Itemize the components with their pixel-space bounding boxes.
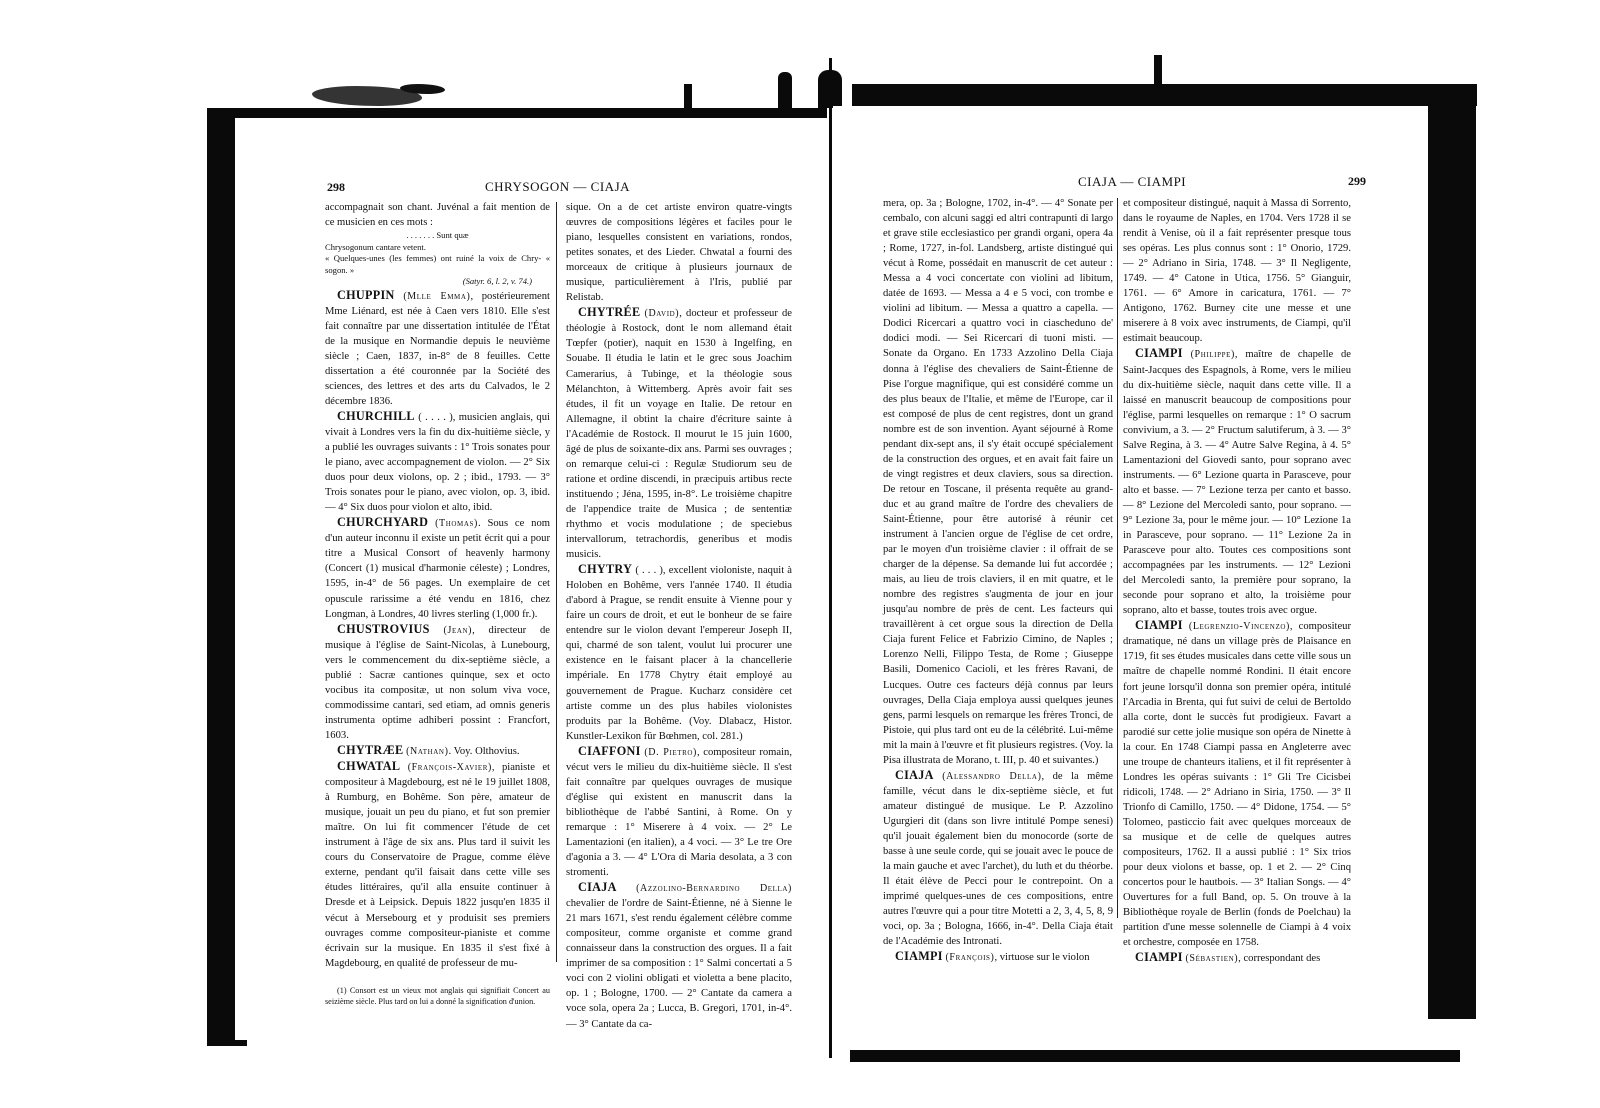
- entry-qualifier: ( . . . . ): [418, 412, 453, 423]
- entry-headword: CHWATAL: [337, 759, 400, 773]
- entry: CIAMPI (Sébastien), correspondant des: [1123, 950, 1351, 966]
- entry: CHUSTROVIUS (Jean), directeur de musique…: [325, 622, 550, 743]
- entry-text: , pianiste et compositeur à Magdebourg, …: [325, 762, 550, 969]
- gutter-mark-2: [778, 72, 792, 108]
- entry-qualifier: (François-Xavier): [408, 762, 492, 773]
- entry: CIAMPI (Philippe), maître de chapelle de…: [1123, 346, 1351, 618]
- entry-qualifier: (François): [946, 952, 995, 963]
- entry-headword: CIAFFONI: [578, 744, 641, 758]
- entry-text: , musicien anglais, qui vivait à Londres…: [325, 412, 550, 513]
- right-page-column-1: mera, op. 3a ; Bologne, 1702, in-4°. — 4…: [883, 196, 1113, 965]
- entry-text: , correspondant des: [1238, 953, 1320, 964]
- entry-qualifier: (Thomas): [435, 518, 478, 529]
- entry: CIAFFONI (D. Pietro), compositeur romain…: [566, 744, 792, 880]
- entry: CHYTRÉE (David), docteur et professeur d…: [566, 305, 792, 562]
- entry-headword: CIAMPI: [1135, 618, 1183, 632]
- entry-headword: CHYTRÉE: [578, 305, 640, 319]
- entry-headword: CHYTRY: [578, 562, 632, 576]
- entry-qualifier: (Philippe): [1191, 349, 1235, 360]
- entry-text: . Sous ce nom d'un auteur inconnu il exi…: [325, 518, 550, 619]
- entry: CIAJA (Alessandro Della), de la même fam…: [883, 768, 1113, 950]
- entry-headword: CHUSTROVIUS: [337, 622, 430, 636]
- entry-qualifier: (D. Pietro): [644, 747, 697, 758]
- entry-headword: CHURCHILL: [337, 409, 415, 423]
- entry: CIAJA (Azzolino-Bernardino Della) cheval…: [566, 880, 792, 1031]
- bottom-left-edge: [207, 1040, 247, 1046]
- column-rule: [1117, 198, 1118, 918]
- running-head: CHRYSOGON — CIAJA: [485, 179, 630, 195]
- gutter-mark-3: [818, 70, 842, 108]
- top-left-edge: [207, 108, 827, 118]
- scanned-book-spread: 298 CHRYSOGON — CIAJA accompagnait son c…: [0, 0, 1600, 1108]
- running-head: CIAJA — CIAMPI: [1078, 174, 1186, 190]
- footnote: (1) Consort est un vieux mot anglais qui…: [325, 985, 550, 1008]
- entry: CIAMPI (Legrenzio-Vincenzo), compositeur…: [1123, 618, 1351, 950]
- column-rule: [556, 202, 557, 962]
- entry-headword: CHURCHYARD: [337, 515, 428, 529]
- entry-qualifier: (Mlle Emma): [403, 291, 470, 302]
- entry-qualifier: ( . . . ): [635, 565, 663, 576]
- entry-headword: CIAJA: [895, 768, 934, 782]
- gutter-line: [829, 58, 832, 1058]
- gutter-mark-1: [684, 84, 692, 110]
- entry-qualifier: (Nathan): [406, 746, 448, 757]
- entry-text: , compositeur dramatique, né dans un vil…: [1123, 621, 1351, 948]
- entry-headword: CIAJA: [578, 880, 617, 894]
- column-text: sique. On a de cet artiste environ quatr…: [566, 200, 792, 305]
- entry-text: chevalier de l'ordre de Saint-Étienne, n…: [566, 898, 792, 1029]
- quote-line: . . . . . . . Sunt quæ: [325, 230, 550, 242]
- entry-text: , docteur et professeur de théologie à R…: [566, 308, 792, 560]
- entry-qualifier: (Legrenzio-Vincenzo): [1189, 621, 1290, 632]
- column-text: accompagnait son chant. Juvénal a fait m…: [325, 200, 550, 230]
- top-right-edge: [852, 84, 1477, 106]
- page-number: 299: [1348, 174, 1366, 189]
- entry-text: , maître de chapelle de Saint-Jacques de…: [1123, 349, 1351, 616]
- entry: CHWATAL (François-Xavier), pianiste et c…: [325, 759, 550, 971]
- entry-headword: CIAMPI: [1135, 346, 1183, 360]
- entry-text: , de la même famille, vécut dans le dix-…: [883, 771, 1113, 948]
- page-number: 298: [327, 180, 345, 195]
- entry-text: , compositeur romain, vécut vers le mili…: [566, 747, 792, 878]
- entry-qualifier: (Jean): [444, 625, 473, 636]
- entry-qualifier: (Sébastien): [1186, 953, 1239, 964]
- entry-text: , virtuose sur le violon: [994, 952, 1089, 963]
- right-page-column-2: et compositeur distingué, naquit à Massa…: [1123, 196, 1351, 966]
- bottom-right-edge: [850, 1050, 1460, 1062]
- entry: CHYTRÆE (Nathan). Voy. Olthovius.: [325, 743, 550, 759]
- quote-source: (Satyr. 6, l. 2, v. 74.): [325, 276, 550, 288]
- entry-text: . Voy. Olthovius.: [449, 746, 520, 757]
- right-scan-border: [1428, 84, 1476, 1019]
- entry-headword: CHUPPIN: [337, 288, 395, 302]
- entry-headword: CIAMPI: [895, 949, 943, 963]
- quote-line: Chrysogonum cantare vetent.: [325, 242, 550, 254]
- quote-translation: « Quelques-unes (les femmes) ont ruiné l…: [325, 253, 550, 276]
- left-page: 298 CHRYSOGON — CIAJA accompagnait son c…: [235, 118, 827, 1040]
- entry-qualifier: (David): [645, 308, 680, 319]
- entry-qualifier: (Azzolino-Bernardino Della): [636, 883, 792, 894]
- column-text: mera, op. 3a ; Bologne, 1702, in-4°. — 4…: [883, 196, 1113, 768]
- left-page-column-1: accompagnait son chant. Juvénal a fait m…: [325, 200, 550, 1008]
- entry-text: , excellent violoniste, naquit à Holoben…: [566, 565, 792, 742]
- entry: CHYTRY ( . . . ), excellent violoniste, …: [566, 562, 792, 744]
- left-scan-border: [207, 108, 235, 1043]
- entry: CHUPPIN (Mlle Emma), postérieurement Mme…: [325, 288, 550, 409]
- entry-headword: CIAMPI: [1135, 950, 1183, 964]
- entry-headword: CHYTRÆE: [337, 743, 403, 757]
- column-text: et compositeur distingué, naquit à Massa…: [1123, 196, 1351, 346]
- top-mark-right: [1154, 55, 1162, 85]
- left-page-column-2: sique. On a de cet artiste environ quatr…: [566, 200, 792, 1032]
- entry-qualifier: (Alessandro Della): [942, 771, 1041, 782]
- entry-text: , postérieurement Mme Liénard, est née à…: [325, 291, 550, 407]
- entry: CHURCHYARD (Thomas). Sous ce nom d'un au…: [325, 515, 550, 621]
- entry: CIAMPI (François), virtuose sur le violo…: [883, 949, 1113, 965]
- entry-text: , directeur de musique à l'église de Sai…: [325, 625, 550, 741]
- quotation: . . . . . . . Sunt quæ Chrysogonum canta…: [325, 230, 550, 288]
- entry: CHURCHILL ( . . . . ), musicien anglais,…: [325, 409, 550, 515]
- right-page: CIAJA — CIAMPI 299 mera, op. 3a ; Bologn…: [833, 106, 1428, 1050]
